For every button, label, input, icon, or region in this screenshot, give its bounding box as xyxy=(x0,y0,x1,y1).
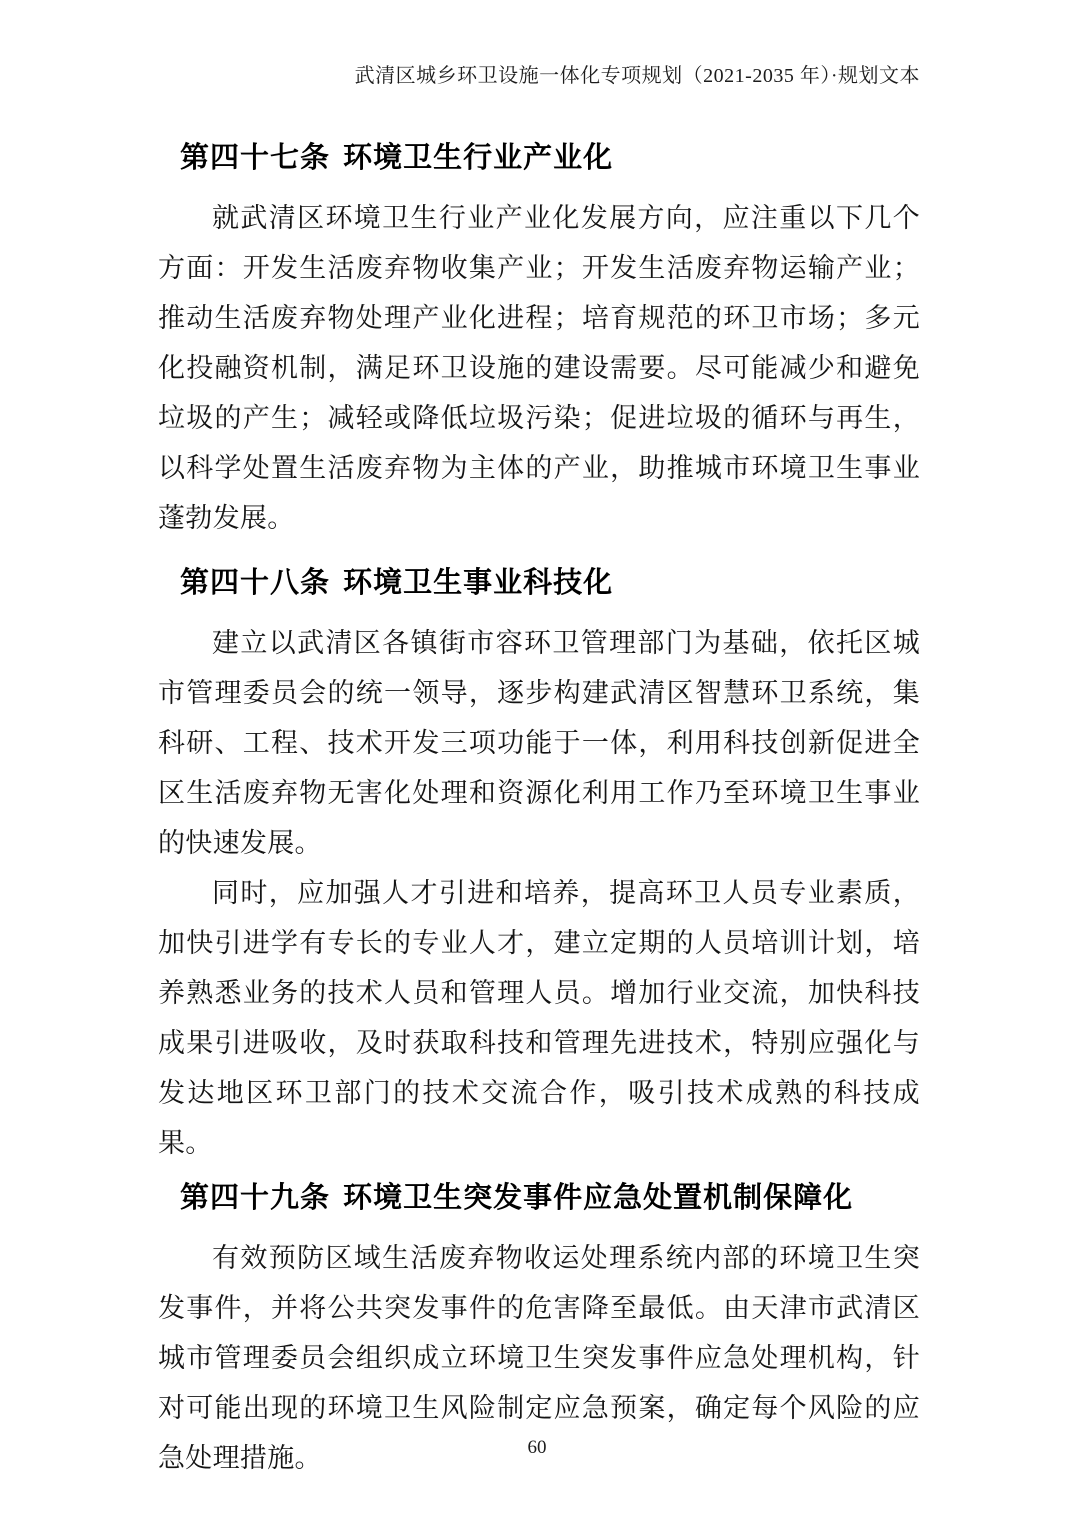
article-48-heading: 第四十八条环境卫生事业科技化 xyxy=(158,565,920,601)
article-49-title: 环境卫生突发事件应急处置机制保障化 xyxy=(343,1182,853,1214)
article-48-paragraph-2: 同时，应加强人才引进和培养，提高环卫人员专业素质，加快引进学有专长的专业人才，建… xyxy=(158,868,920,1168)
running-header: 武清区城乡环卫设施一体化专项规划（2021-2035 年）·规划文本 xyxy=(158,64,920,88)
page-number: 60 xyxy=(528,1437,547,1458)
page-footer: 60 xyxy=(0,1436,1074,1460)
article-48-number: 第四十八条 xyxy=(180,565,330,601)
document-page: 武清区城乡环卫设施一体化专项规划（2021-2035 年）·规划文本 第四十七条… xyxy=(0,0,1074,1520)
article-48-title: 环境卫生事业科技化 xyxy=(343,567,613,599)
page-content: 第四十七条环境卫生行业产业化 就武清区环境卫生行业产业化发展方向，应注重以下几个… xyxy=(0,140,1074,1483)
article-47-heading: 第四十七条环境卫生行业产业化 xyxy=(158,140,920,176)
article-47-title: 环境卫生行业产业化 xyxy=(343,142,613,174)
article-49-number: 第四十九条 xyxy=(180,1180,330,1216)
article-49-heading: 第四十九条环境卫生突发事件应急处置机制保障化 xyxy=(158,1180,920,1216)
article-47-number: 第四十七条 xyxy=(180,140,330,176)
article-47-paragraph-1: 就武清区环境卫生行业产业化发展方向，应注重以下几个方面：开发生活废弃物收集产业；… xyxy=(158,193,920,543)
article-48-paragraph-1: 建立以武清区各镇街市容环卫管理部门为基础，依托区城市管理委员会的统一领导，逐步构… xyxy=(158,618,920,868)
